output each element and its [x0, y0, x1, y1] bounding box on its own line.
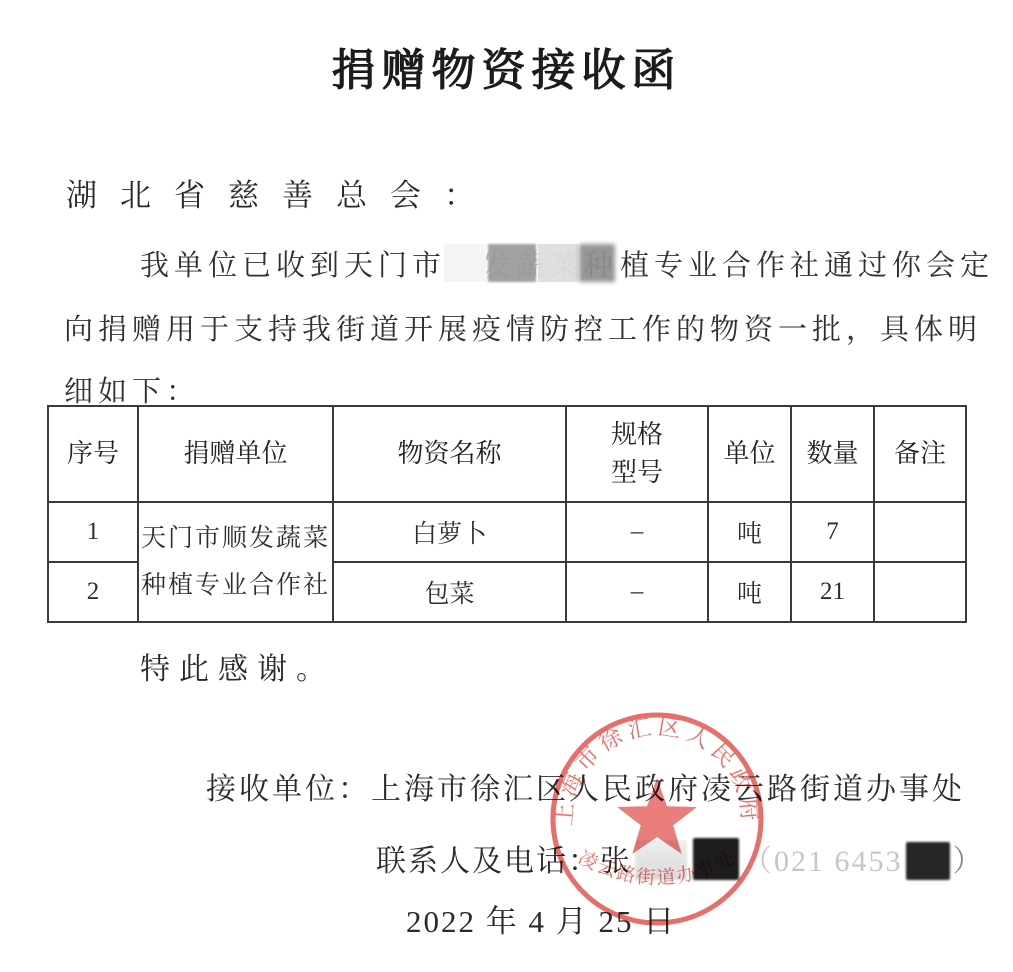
header-remarks: 备注	[874, 406, 966, 502]
contact-name-visible: 张	[600, 845, 632, 878]
receiver-line: 接收单位：上海市徐汇区人民政府凌云路街道办事处	[206, 764, 965, 808]
cell-note-1	[874, 502, 966, 562]
salutation-line: 湖北省慈善总会：	[66, 170, 498, 215]
cell-note-2	[874, 562, 966, 622]
contact-phone-tail: ）	[953, 845, 985, 878]
contact-phone-faint: （021	[742, 845, 825, 878]
body-line-1-pre: 我单位已收到天门市	[140, 250, 446, 282]
donation-items-table: 序号 捐赠单位 物资名称 规格 型号 单位 数量 备注 1 天门市顺发蔬菜 种植…	[47, 405, 967, 623]
cell-qty-1: 7	[791, 502, 874, 562]
thanks-line: 特此感谢。	[140, 644, 335, 688]
cell-item-1: 白萝卜	[333, 502, 566, 562]
cell-donor-merged: 天门市顺发蔬菜 种植专业合作社	[138, 502, 333, 622]
redaction-box-phone	[906, 842, 950, 880]
body-line-1-post: 植专业合作社通过你会定	[620, 250, 994, 282]
cell-unit-2: 吨	[708, 562, 791, 622]
date-line: 2022 年 4 月 25 日	[406, 896, 676, 941]
redacted-donor-name: 顺发蔬菜种	[446, 243, 620, 284]
page-title: 捐赠物资接收函	[0, 34, 1013, 98]
redaction-box	[444, 244, 486, 282]
redaction-box	[538, 244, 578, 282]
scanned-document-page: 捐赠物资接收函 湖北省慈善总会： 我单位已收到天门市 顺发蔬菜种 植专业合作社通…	[0, 0, 1013, 972]
table-header-row: 序号 捐赠单位 物资名称 规格 型号 单位 数量 备注	[48, 406, 966, 502]
cell-spec-2: –	[566, 562, 708, 622]
header-unit: 单位	[708, 406, 791, 502]
redaction-box-name	[635, 840, 687, 880]
header-item-name: 物资名称	[333, 406, 566, 502]
cell-qty-2: 21	[791, 562, 874, 622]
header-quantity: 数量	[791, 406, 874, 502]
cell-spec-1: –	[566, 502, 708, 562]
header-spec-model: 规格 型号	[566, 406, 708, 502]
cell-serial-1: 1	[48, 502, 138, 562]
redaction-box	[488, 244, 536, 282]
receiver-label: 接收单位：	[206, 773, 371, 806]
contact-line: 联系人及电话：张（021 6453）	[376, 836, 985, 880]
body-line-2: 向捐赠用于支持我街道开展疫情防控工作的物资一批，具体明	[64, 307, 982, 348]
body-line-3: 细如下：	[64, 369, 200, 410]
contact-phone-faint-2: 6453	[835, 845, 903, 878]
header-serial: 序号	[48, 406, 138, 502]
body-line-1: 我单位已收到天门市 顺发蔬菜种 植专业合作社通过你会定	[140, 243, 994, 284]
receiver-value: 上海市徐汇区人民政府凌云路街道办事处	[371, 773, 965, 806]
table-row: 1 天门市顺发蔬菜 种植专业合作社 白萝卜 – 吨 7	[48, 502, 966, 562]
cell-item-2: 包菜	[333, 562, 566, 622]
contact-label: 联系人及电话：	[376, 845, 600, 878]
cell-serial-2: 2	[48, 562, 138, 622]
header-donor: 捐赠单位	[138, 406, 333, 502]
redaction-box	[579, 244, 615, 282]
cell-unit-1: 吨	[708, 502, 791, 562]
seal-ring-circle	[553, 715, 761, 923]
redaction-box-name-dark	[693, 838, 739, 880]
